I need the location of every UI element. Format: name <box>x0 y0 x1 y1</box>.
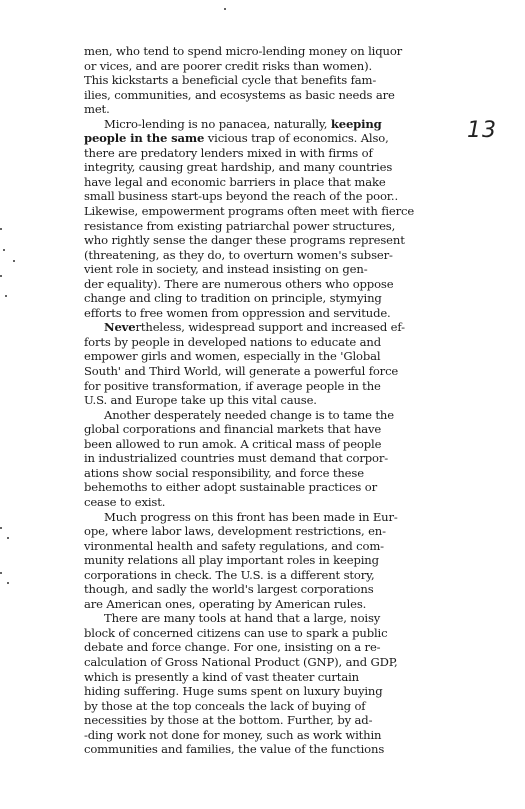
line-text: in industrialized countries must demand … <box>84 451 388 465</box>
line-text: (threatening, as they do, to overturn wo… <box>84 248 393 262</box>
line-text: ations show social responsibility, and f… <box>84 466 364 480</box>
text-line: met. <box>84 102 484 117</box>
text-line: forts by people in developed nations to … <box>84 335 484 350</box>
scan-speck <box>0 228 2 230</box>
line-text: vicious trap of economics. Also, <box>204 131 388 145</box>
text-line: corporations in check. The U.S. is a dif… <box>84 568 484 583</box>
text-line: munity relations all play important role… <box>84 553 484 568</box>
text-line: change and cling to tradition on princip… <box>84 291 484 306</box>
line-text: are American ones, operating by American… <box>84 597 366 611</box>
bold-overstrike: people in the same <box>84 131 204 145</box>
line-text: der equality). There are numerous others… <box>84 277 393 291</box>
line-text: ilies, communities, and ecosystems as ba… <box>84 88 395 102</box>
text-line: Much progress on this front has been mad… <box>84 510 484 525</box>
text-line: global corporations and financial market… <box>84 422 484 437</box>
line-text: met. <box>84 102 110 116</box>
line-text: or vices, and are poorer credit risks th… <box>84 59 372 73</box>
line-text: for positive transformation, if average … <box>84 379 381 393</box>
line-text: empower girls and women, especially in t… <box>84 349 380 363</box>
scan-speck <box>0 572 2 574</box>
line-text: have legal and economic barriers in plac… <box>84 175 386 189</box>
line-text: necessities by those at the bottom. Furt… <box>84 713 372 727</box>
line-text: though, and sadly the world's largest co… <box>84 582 374 596</box>
text-line: This kickstarts a beneficial cycle that … <box>84 73 484 88</box>
line-text: which is presently a kind of vast theate… <box>84 670 359 684</box>
line-text: vient role in society, and instead insis… <box>84 262 367 276</box>
text-line: calculation of Gross National Product (G… <box>84 655 484 670</box>
line-text: rtheless, widespread support and increas… <box>136 320 405 334</box>
text-line: which is presently a kind of vast theate… <box>84 670 484 685</box>
text-line: There are many tools at hand that a larg… <box>84 611 484 626</box>
line-text: Another desperately needed change is to … <box>104 408 394 422</box>
line-text: U.S. and Europe take up this vital cause… <box>84 393 317 407</box>
line-text: integrity, causing great hardship, and m… <box>84 160 392 174</box>
line-text: calculation of Gross National Product (G… <box>84 655 398 669</box>
text-line: Micro-lending is no panacea, naturally, … <box>84 117 484 132</box>
text-line: Nevertheless, widespread support and inc… <box>84 320 484 335</box>
text-line: ope, where labor laws, development restr… <box>84 524 484 539</box>
line-text: ope, where labor laws, development restr… <box>84 524 386 538</box>
text-line: Another desperately needed change is to … <box>84 408 484 423</box>
line-text: cease to exist. <box>84 495 165 509</box>
line-text: men, who tend to spend micro-lending mon… <box>84 44 402 58</box>
line-text: debate and force change. For one, insist… <box>84 640 380 654</box>
line-text: South' and Third World, will generate a … <box>84 364 398 378</box>
line-text: forts by people in developed nations to … <box>84 335 381 349</box>
scan-speck <box>224 8 226 10</box>
text-line: U.S. and Europe take up this vital cause… <box>84 393 484 408</box>
line-text: been allowed to run amok. A critical mas… <box>84 437 381 451</box>
line-text: -ding work not done for money, such as w… <box>84 728 381 742</box>
line-text: behemoths to either adopt sustainable pr… <box>84 480 377 494</box>
text-line: have legal and economic barriers in plac… <box>84 175 484 190</box>
line-text: There are many tools at hand that a larg… <box>104 611 380 625</box>
scan-speck <box>0 275 2 277</box>
scan-speck <box>0 527 2 529</box>
document-page: men, who tend to spend micro-lending mon… <box>0 0 525 809</box>
text-line: debate and force change. For one, insist… <box>84 640 484 655</box>
line-text: block of concerned citizens can use to s… <box>84 626 387 640</box>
text-line: South' and Third World, will generate a … <box>84 364 484 379</box>
text-line: are American ones, operating by American… <box>84 597 484 612</box>
line-text: resistance from existing patriarchal pow… <box>84 219 395 233</box>
body-text: men, who tend to spend micro-lending mon… <box>84 44 484 757</box>
line-text: by those at the top conceals the lack of… <box>84 699 365 713</box>
line-text: Likewise, empowerment programs often mee… <box>84 204 414 218</box>
text-line: efforts to free women from oppression an… <box>84 306 484 321</box>
line-text: hiding suffering. Huge sums spent on lux… <box>84 684 383 698</box>
text-line: who rightly sense the danger these progr… <box>84 233 484 248</box>
scan-speck <box>5 295 7 297</box>
text-line: by those at the top conceals the lack of… <box>84 699 484 714</box>
text-line: communities and families, the value of t… <box>84 742 484 757</box>
text-line: hiding suffering. Huge sums spent on lux… <box>84 684 484 699</box>
text-line: empower girls and women, especially in t… <box>84 349 484 364</box>
line-text: communities and families, the value of t… <box>84 742 384 756</box>
bold-overstrike: Neve <box>104 320 136 334</box>
text-line: der equality). There are numerous others… <box>84 277 484 292</box>
line-text: global corporations and financial market… <box>84 422 381 436</box>
text-line: resistance from existing patriarchal pow… <box>84 219 484 234</box>
line-text: there are predatory lenders mixed in wit… <box>84 146 373 160</box>
line-text: Micro-lending is no panacea, naturally, <box>104 117 331 131</box>
bold-overstrike: keeping <box>331 117 382 131</box>
line-text: This kickstarts a beneficial cycle that … <box>84 73 376 87</box>
text-line: in industrialized countries must demand … <box>84 451 484 466</box>
line-text: munity relations all play important role… <box>84 553 379 567</box>
text-line: integrity, causing great hardship, and m… <box>84 160 484 175</box>
text-line: block of concerned citizens can use to s… <box>84 626 484 641</box>
line-text: Much progress on this front has been mad… <box>104 510 398 524</box>
text-line: been allowed to run amok. A critical mas… <box>84 437 484 452</box>
text-line: cease to exist. <box>84 495 484 510</box>
scan-speck <box>3 249 5 251</box>
text-line: though, and sadly the world's largest co… <box>84 582 484 597</box>
text-line: (threatening, as they do, to overturn wo… <box>84 248 484 263</box>
text-line: for positive transformation, if average … <box>84 379 484 394</box>
text-line: small business start-ups beyond the reac… <box>84 189 484 204</box>
text-line: people in the same vicious trap of econo… <box>84 131 484 146</box>
scan-speck <box>7 582 9 584</box>
text-line: there are predatory lenders mixed in wit… <box>84 146 484 161</box>
text-line: vient role in society, and instead insis… <box>84 262 484 277</box>
text-line: Likewise, empowerment programs often mee… <box>84 204 484 219</box>
text-line: men, who tend to spend micro-lending mon… <box>84 44 484 59</box>
handwritten-page-number: 13 <box>467 118 497 143</box>
text-line: necessities by those at the bottom. Furt… <box>84 713 484 728</box>
line-text: change and cling to tradition on princip… <box>84 291 382 305</box>
text-line: behemoths to either adopt sustainable pr… <box>84 480 484 495</box>
scan-speck <box>7 537 9 539</box>
text-line: or vices, and are poorer credit risks th… <box>84 59 484 74</box>
line-text: who rightly sense the danger these progr… <box>84 233 405 247</box>
line-text: efforts to free women from oppression an… <box>84 306 391 320</box>
text-line: ilies, communities, and ecosystems as ba… <box>84 88 484 103</box>
line-text: vironmental health and safety regulation… <box>84 539 384 553</box>
scan-speck <box>13 260 15 262</box>
text-line: ations show social responsibility, and f… <box>84 466 484 481</box>
text-line: -ding work not done for money, such as w… <box>84 728 484 743</box>
text-line: vironmental health and safety regulation… <box>84 539 484 554</box>
line-text: small business start-ups beyond the reac… <box>84 189 398 203</box>
line-text: corporations in check. The U.S. is a dif… <box>84 568 375 582</box>
